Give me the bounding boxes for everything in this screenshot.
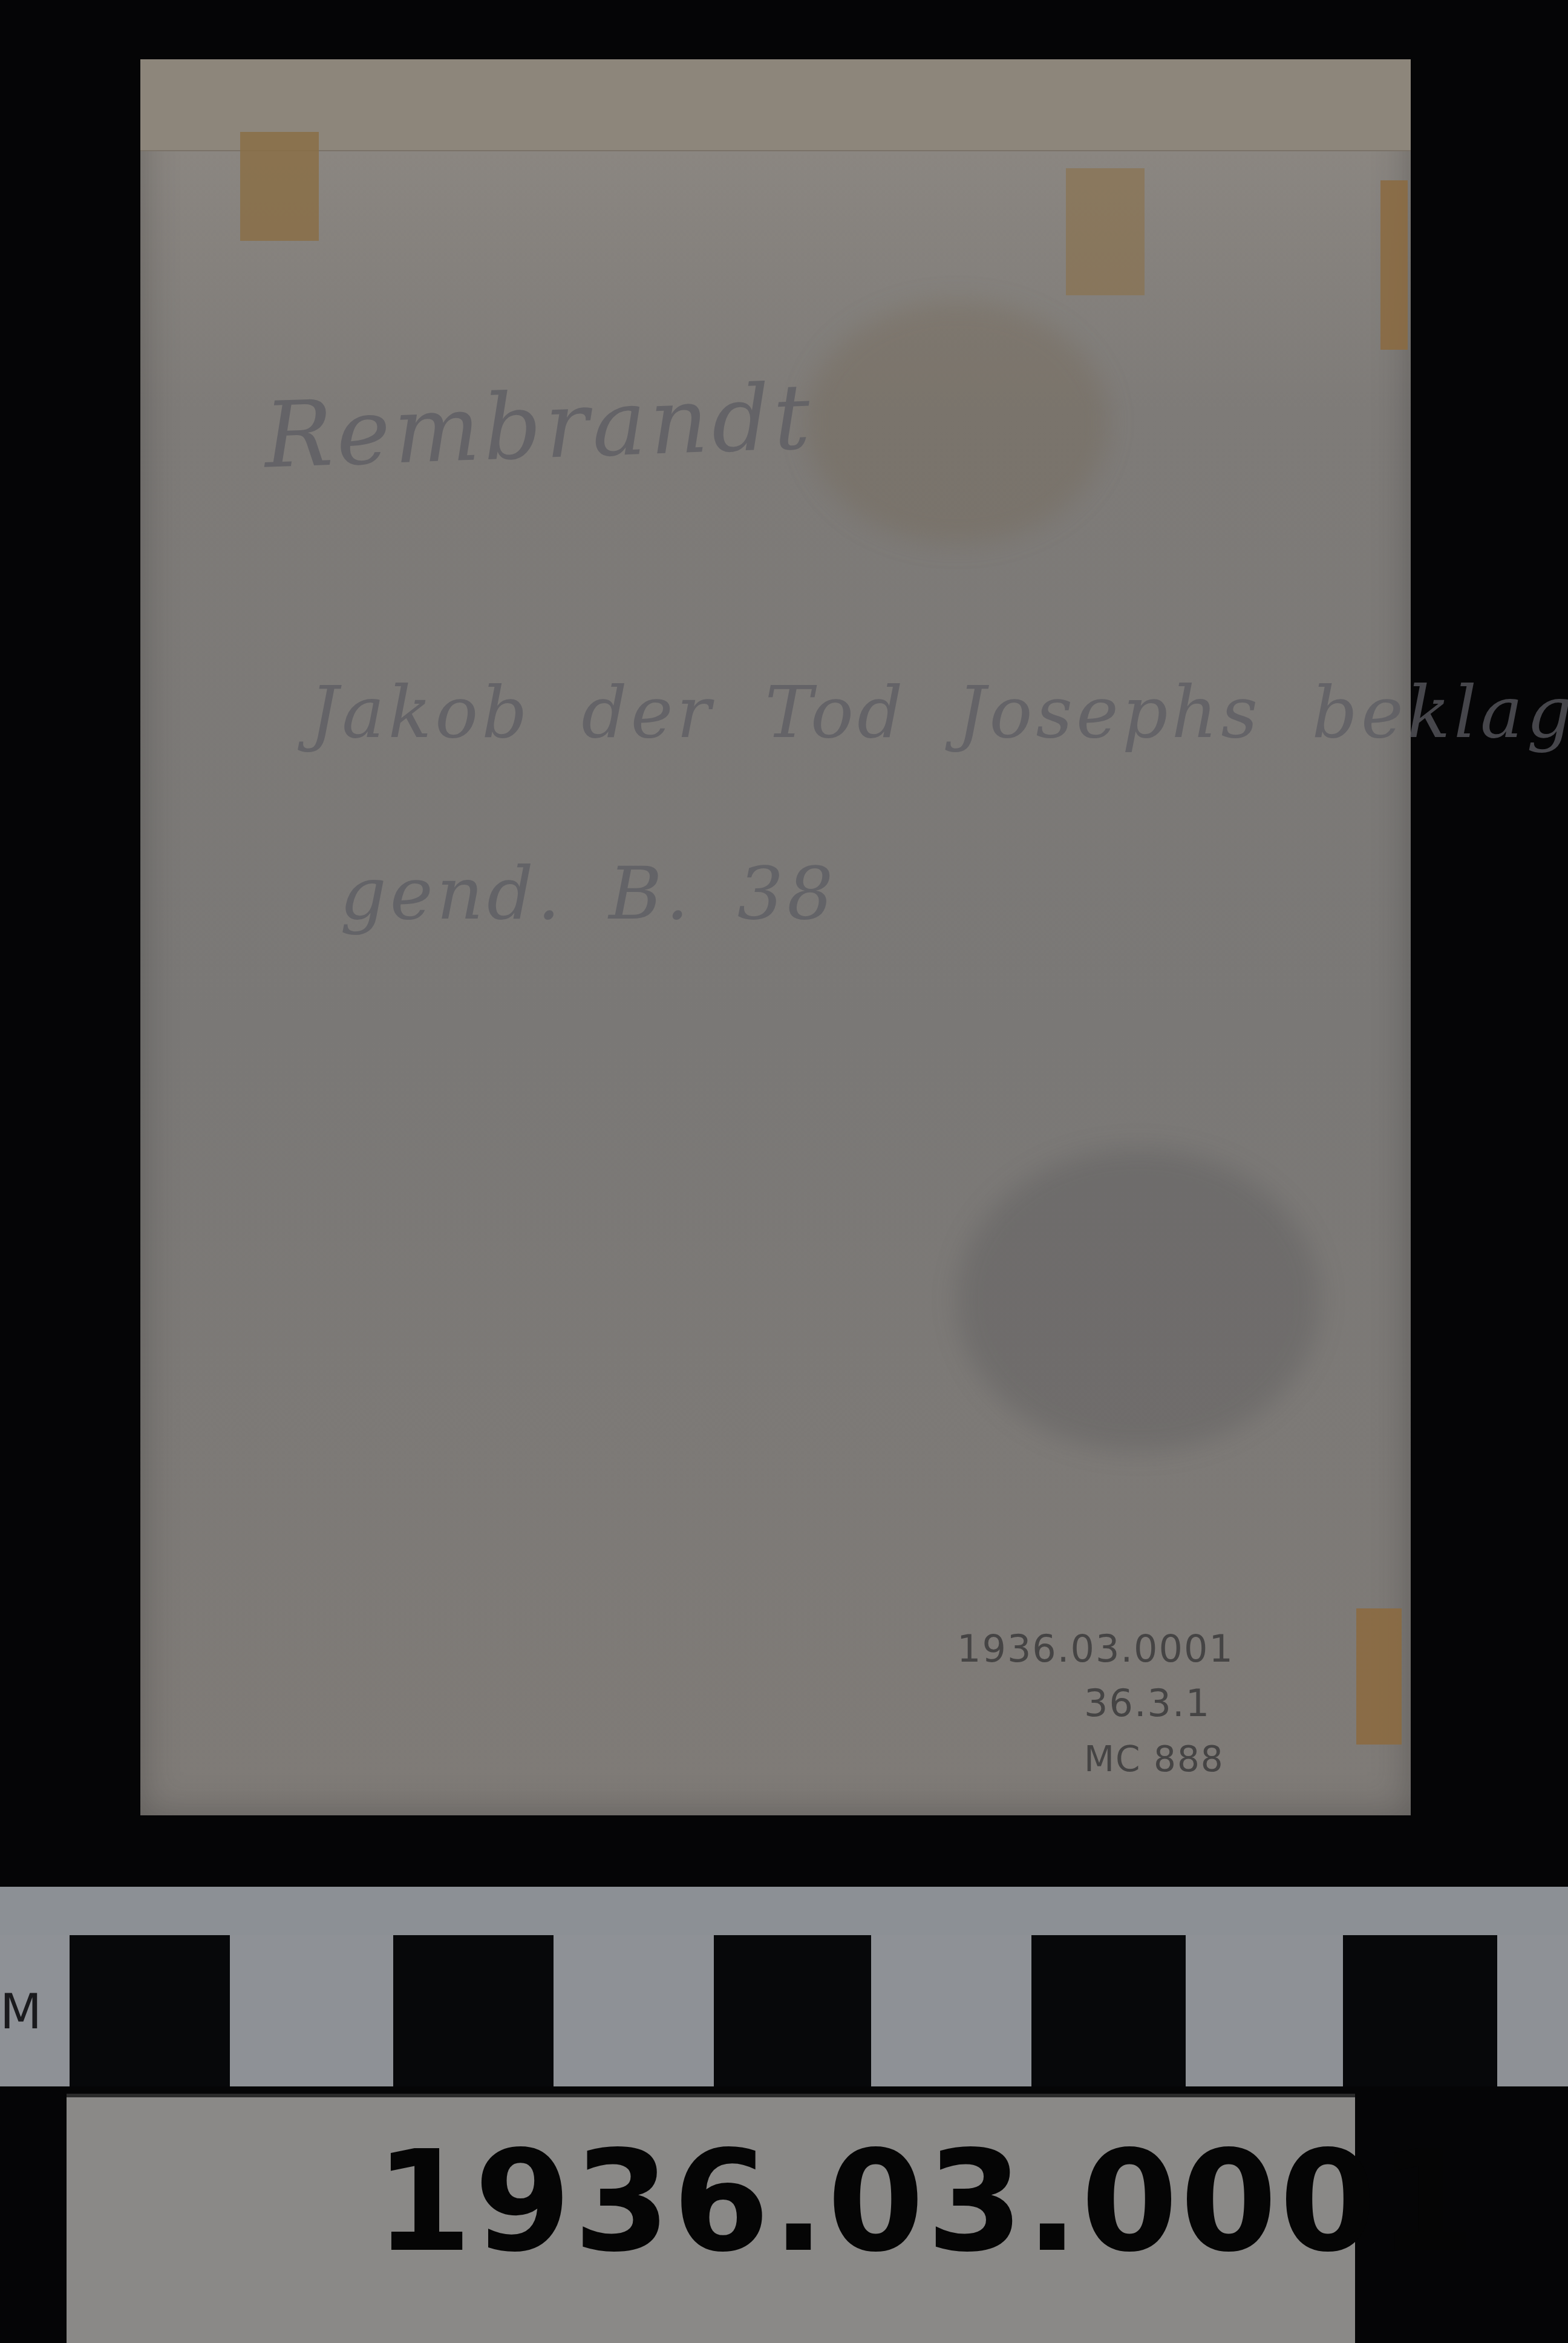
print-verso: Rembrandt Jakob der Tod Josephs beklagen… (140, 59, 1411, 1815)
scale-segment (70, 1935, 230, 2086)
scale-segment (1186, 1935, 1343, 2086)
accession-number: 1936.03.0001 (375, 2122, 1478, 2283)
edge-hinge-top (1380, 180, 1408, 350)
paper-tape-strip (140, 59, 1411, 151)
scale-segment (1343, 1935, 1497, 2086)
accession-label-card: 1936.03.0001 (67, 2094, 1355, 2343)
offset-shadow (957, 1149, 1320, 1451)
title-inscription: Jakob der Tod Josephs beklagend (310, 670, 1568, 754)
scale-segment (871, 1935, 1031, 2086)
hinge-stain-top-right (1066, 168, 1145, 295)
scale-segment (393, 1935, 554, 2086)
edge-hinge-bottom (1356, 1608, 1402, 1745)
photo-scale-bar: M (0, 1887, 1568, 2117)
hinge-stain-top-left (240, 132, 319, 241)
scale-segment (554, 1935, 714, 2086)
scale-strip (0, 1887, 1568, 1935)
scale-segment (230, 1935, 393, 2086)
scale-segment (1031, 1935, 1186, 2086)
scale-segments (0, 1935, 1568, 2086)
scale-segment (1497, 1935, 1568, 2086)
inventory-number-line: 36.3.1 (1084, 1681, 1210, 1725)
foxing-stain (806, 301, 1108, 543)
scale-unit-label: M (0, 1984, 42, 2040)
artist-inscription: Rembrandt (263, 364, 815, 489)
inventory-number-line: 1936.03.0001 (957, 1627, 1234, 1671)
inventory-number-line: MC 888 (1084, 1738, 1224, 1780)
scale-segment (714, 1935, 871, 2086)
catalogue-reference: gend. B. 38 (340, 852, 837, 936)
